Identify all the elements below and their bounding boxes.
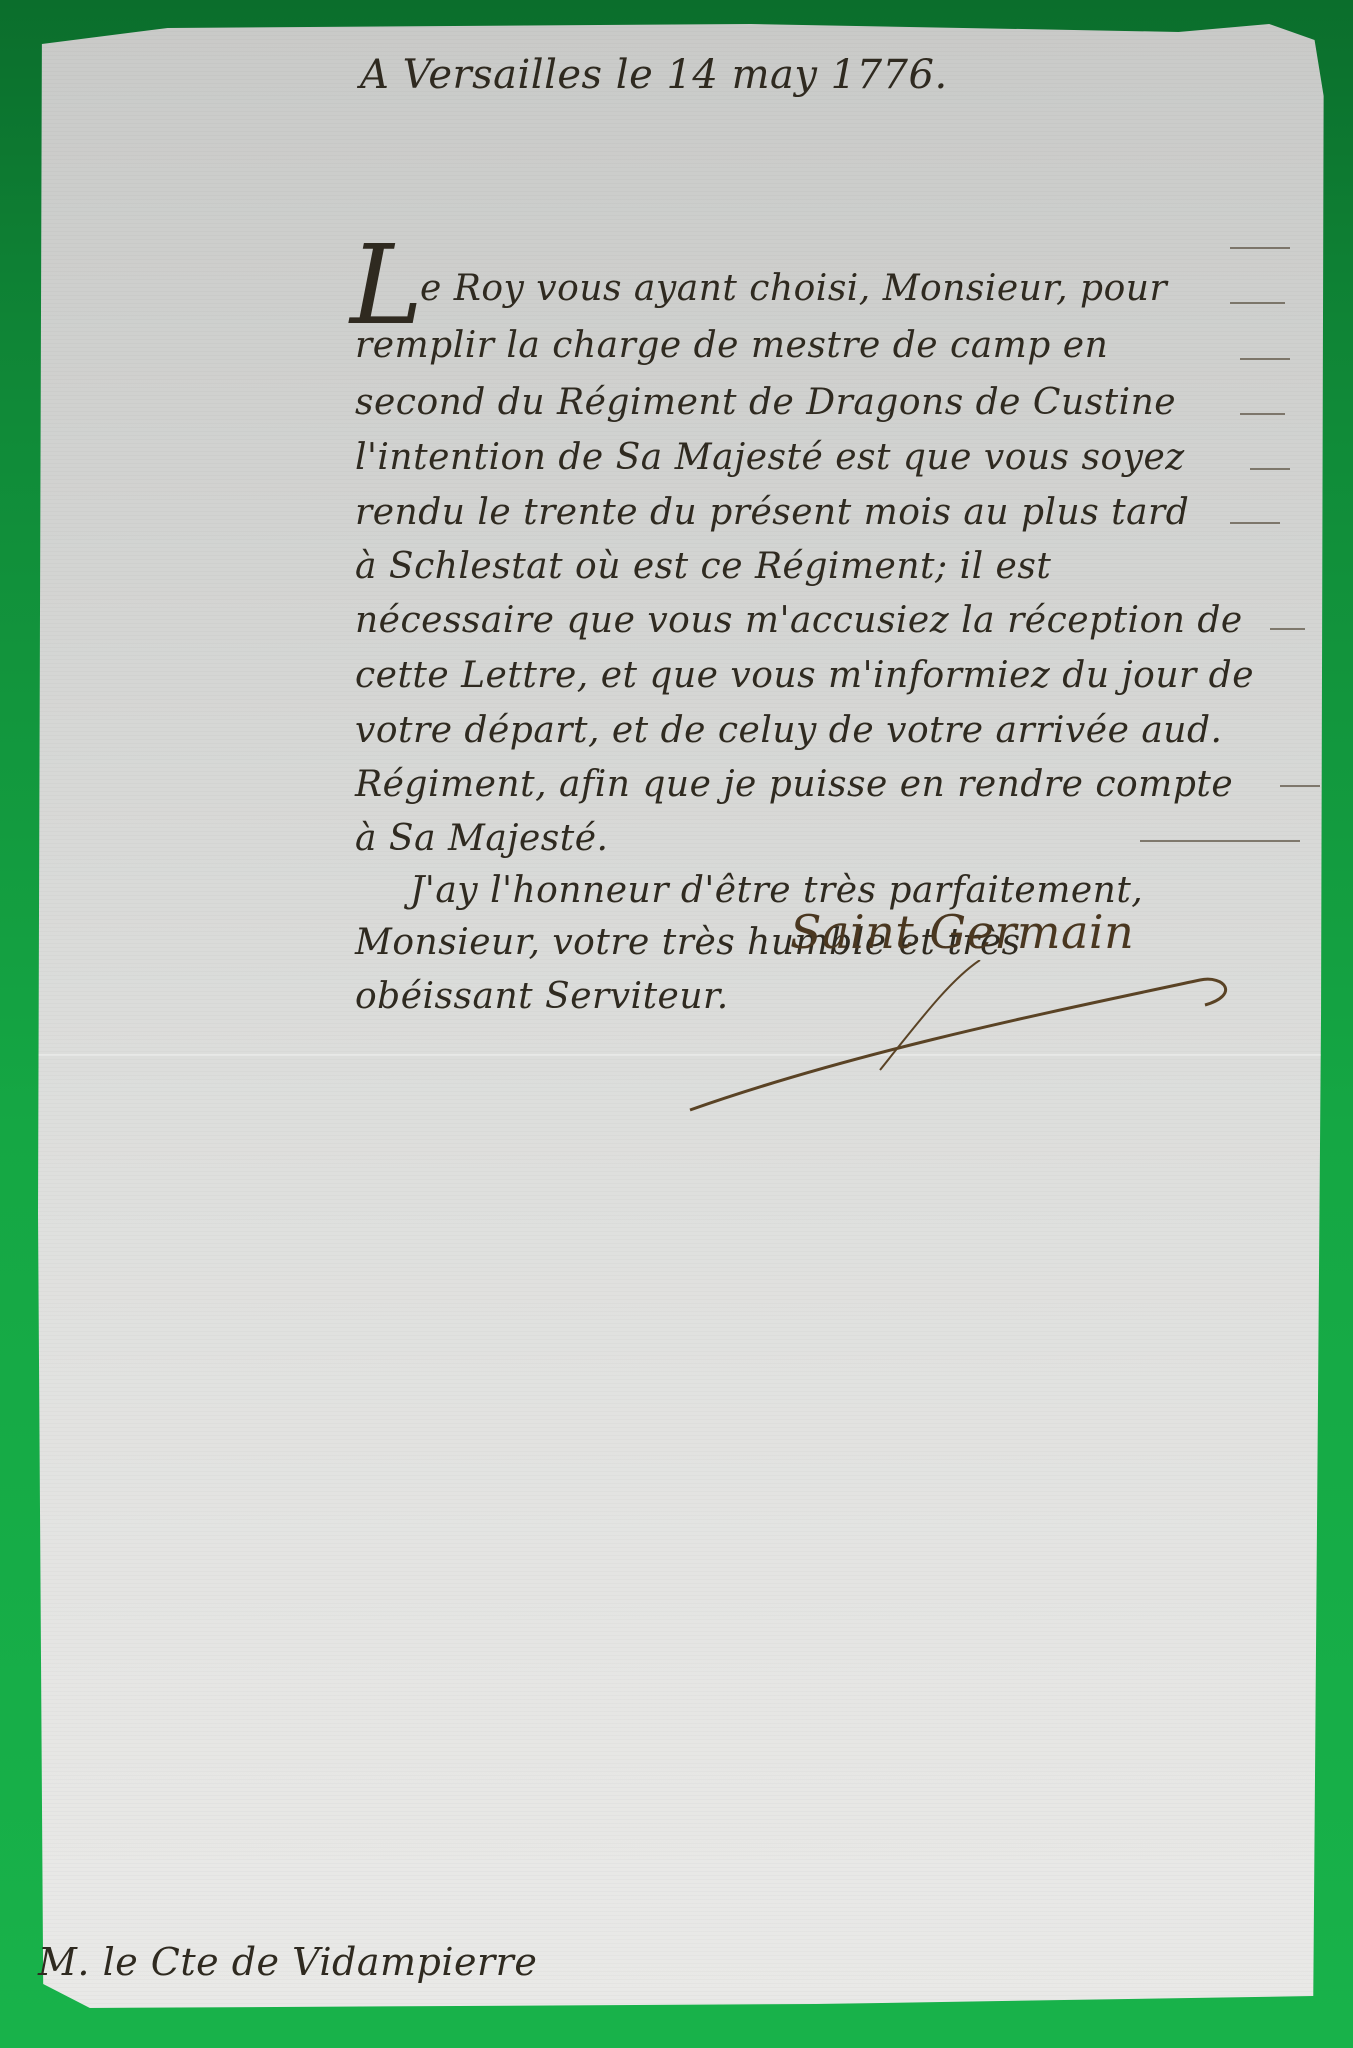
letter-line-4: l'intention de Sa Majesté est que vous s… (355, 437, 1185, 478)
letter-line-14: obéissant Serviteur. (355, 976, 729, 1017)
line-filler-dash (1230, 302, 1285, 304)
letter-line-3: second du Régiment de Dragons de Custine (355, 382, 1176, 423)
line-filler-dash (1240, 413, 1285, 415)
letter-line-6: à Schlestat où est ce Régiment; il est (355, 546, 1051, 587)
letter-line-1: e Roy vous ayant choisi, Monsieur, pour (420, 268, 1167, 309)
line-filler-dash (1270, 628, 1305, 630)
drop-cap: L (350, 230, 423, 340)
line-filler-dash (1230, 522, 1280, 524)
line-filler-dash (1250, 468, 1290, 470)
line-filler-dash (1240, 358, 1290, 360)
addressee-line: M. le Cte de Vidampierre (38, 1940, 537, 1984)
letter-line-7: nécessaire que vous m'accusiez la récept… (355, 600, 1243, 641)
letter-line-8: cette Lettre, et que vous m'informiez du… (355, 655, 1254, 696)
letter-line-11: à Sa Majesté. (355, 818, 608, 859)
line-filler-dash (1280, 785, 1320, 787)
dateline: A Versailles le 14 may 1776. (360, 52, 948, 98)
line-filler-dash (1140, 840, 1300, 842)
line-filler-dash (1230, 247, 1290, 249)
letter-line-9: votre départ, et de celuy de votre arriv… (355, 710, 1222, 751)
letter-line-5: rendu le trente du présent mois au plus … (355, 492, 1189, 533)
signature-flourish-icon (680, 960, 1240, 1120)
signature: Saint Germain (790, 905, 1134, 959)
letter-line-10: Régiment, afin que je puisse en rendre c… (355, 764, 1233, 805)
letter-line-2: remplir la charge de mestre de camp en (355, 325, 1108, 366)
